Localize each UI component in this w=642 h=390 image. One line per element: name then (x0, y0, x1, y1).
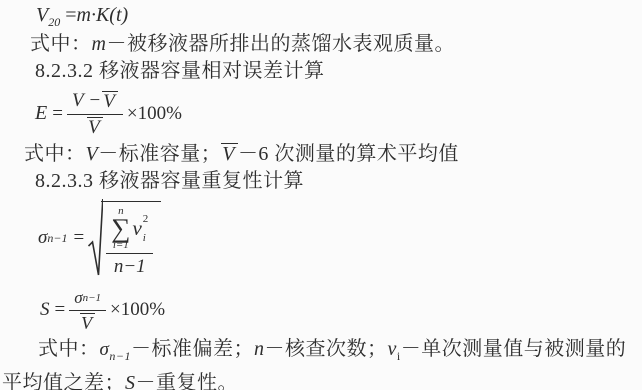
formula-v20: V20 =m·K(t) (36, 4, 128, 30)
formula-e-fraction: V − V V (67, 90, 123, 138)
heading-8-2-3-2-title: 移液器容量相对误差计算 (99, 60, 325, 82)
formula-s-den-vbar: V (80, 313, 95, 333)
heading-8-2-3-3-title: 移液器容量重复性计算 (99, 170, 304, 192)
note-final-text1: －标准偏差； (131, 338, 254, 360)
formula-sigma-radical: n ∑ i=1 v 2 i n−1 (88, 198, 161, 278)
note-final-var3: v (387, 338, 396, 360)
note-m-text: －被移液器所排出的蒸馏水表观质量。 (106, 33, 455, 55)
formula-e: E = V − V V ×100% (35, 90, 182, 138)
note-m-var: m (92, 33, 107, 55)
v-subscript: i (143, 233, 146, 244)
formula-e-lhs: E (35, 102, 47, 125)
formula-v20-equals: = (65, 4, 76, 26)
formula-v20-subscript: 20 (48, 15, 60, 29)
formula-e-suffix: ×100% (127, 103, 182, 125)
document-page: V20 =m·K(t) 式中：m－被移液器所排出的蒸馏水表观质量。 8.2.3.… (0, 0, 642, 390)
note-final: 式中：σn−1－标准偏差；n－核查次数；vi－单次测量值与被测量的平均值之差；S… (2, 336, 640, 390)
formula-s-lhs: S (40, 299, 50, 321)
formula-sigma: σn−1 = n ∑ i=1 v (38, 198, 161, 278)
note-v-text1: －标准容量； (98, 143, 221, 165)
note-m-prefix: 式中： (30, 33, 92, 55)
note-m: 式中：m－被移液器所排出的蒸馏水表观质量。 (30, 31, 455, 58)
heading-8-2-3-3-number: 8.2.3.3 (35, 170, 94, 192)
formula-e-den-vbar: V (87, 117, 103, 138)
note-final-var1-subscript: n−1 (109, 349, 131, 363)
note-v-prefix: 式中： (24, 143, 86, 165)
formula-s-num-subscript: n−1 (83, 292, 101, 304)
note-final-prefix: 式中： (38, 338, 100, 360)
note-final-text4: －重复性。 (136, 372, 239, 390)
formula-sigma-denominator: n−1 (114, 256, 146, 278)
formula-sigma-lhs: σ (38, 227, 47, 249)
heading-8-2-3-2-number: 8.2.3.2 (35, 60, 94, 82)
formula-s-fraction: σn−1 V (69, 288, 106, 333)
formula-sigma-equals: = (73, 227, 84, 249)
summation-block: n ∑ i=1 (111, 206, 130, 251)
note-final-var1: σ (100, 339, 110, 360)
formula-sigma-radicand: n ∑ i=1 v 2 i n−1 (101, 201, 161, 278)
note-final-text2: －核查次数； (264, 338, 387, 360)
v-superscript: 2 (143, 214, 149, 225)
formula-s-num-sigma: σ (74, 288, 82, 308)
formula-sigma-lhs-subscript: n−1 (47, 231, 67, 246)
note-v-var1: V (86, 143, 99, 165)
note-v-var2-vbar: V (221, 143, 238, 165)
formula-s: S = σn−1 V ×100% (40, 288, 165, 333)
note-v-text2: －6 次测量的算术平均值 (238, 143, 459, 165)
formula-e-num-vbar: V (102, 91, 118, 112)
sum-lower-limit: i=1 (113, 240, 129, 251)
v-var: v (132, 216, 141, 241)
formula-e-num-v: V (72, 90, 84, 112)
formula-s-suffix: ×100% (110, 299, 165, 321)
formula-v20-rhs: m·K(t) (77, 4, 129, 26)
formula-v20-var: V (36, 4, 48, 26)
formula-e-equals: = (52, 103, 63, 125)
formula-e-num-minus: − (90, 90, 101, 112)
sum-sign: ∑ (111, 217, 130, 240)
note-final-var4: S (125, 372, 136, 390)
note-final-var2: n (254, 338, 265, 360)
heading-8-2-3-3: 8.2.3.3 移液器容量重复性计算 (35, 168, 304, 195)
heading-8-2-3-2: 8.2.3.2 移液器容量相对误差计算 (35, 58, 325, 85)
v-squared-term: v 2 i (132, 214, 148, 244)
note-v: 式中：V－标准容量；V－6 次测量的算术平均值 (24, 141, 459, 168)
formula-s-equals: = (55, 299, 66, 321)
